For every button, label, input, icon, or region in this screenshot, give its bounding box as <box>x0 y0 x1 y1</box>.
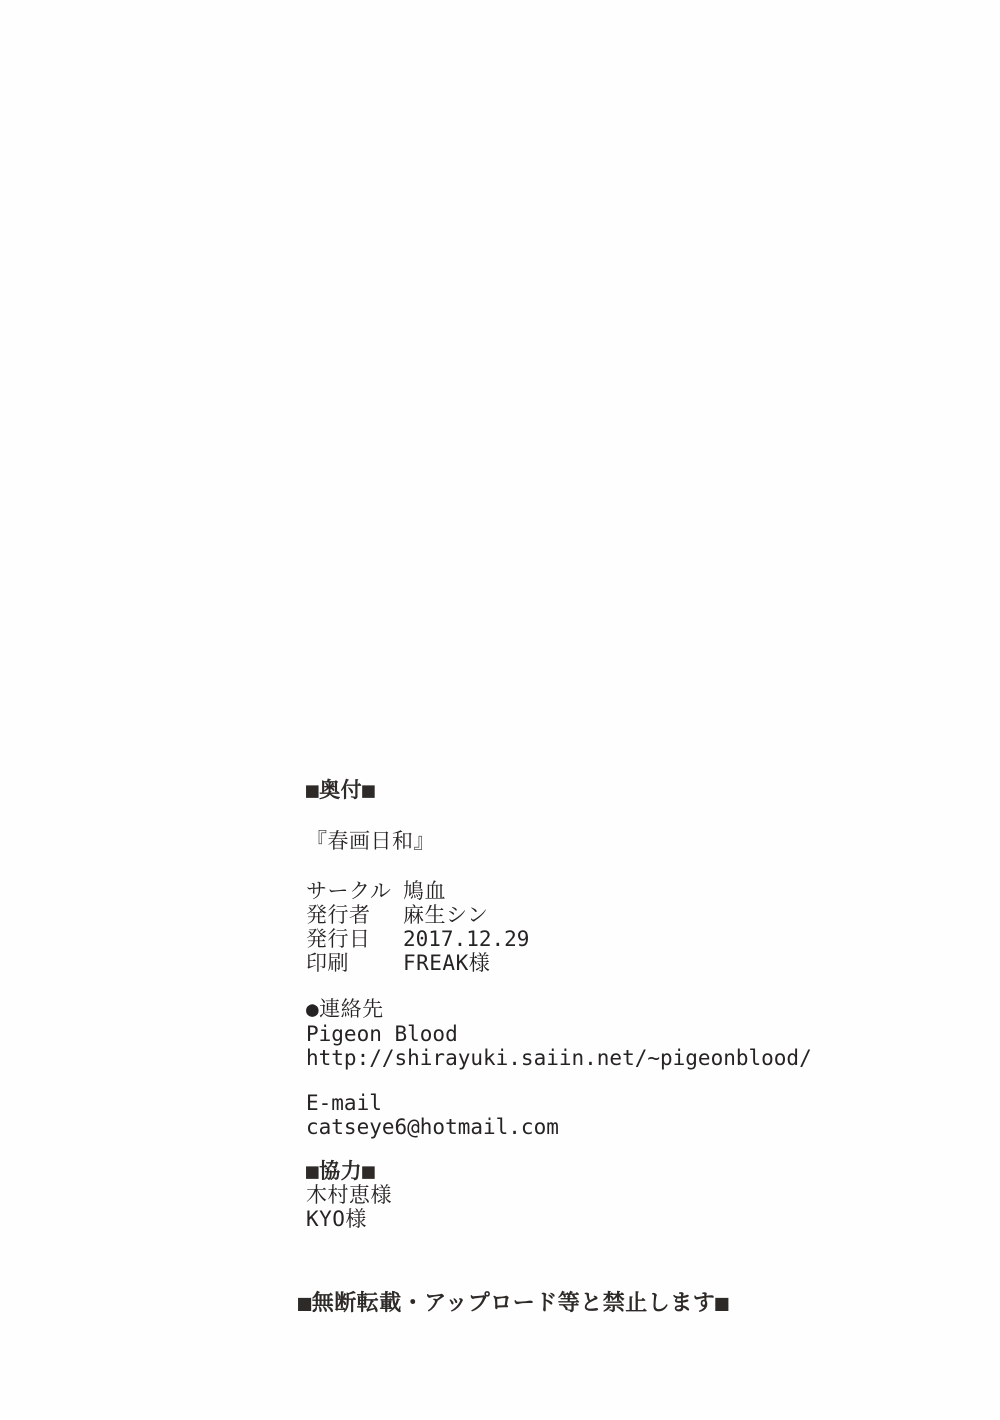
info-row-circle: サークル 鳩血 <box>306 879 812 903</box>
info-value: 鳩血 <box>403 879 446 903</box>
credit-name: KYO様 <box>306 1207 812 1231</box>
info-value: FREAK様 <box>403 951 490 975</box>
colophon-block: ■奥付■ 『春画日和』 サークル 鳩血 発行者 麻生シン 発行日 2017.12… <box>306 778 812 1231</box>
email-section: E-mail catseye6@hotmail.com <box>306 1091 812 1139</box>
email-label: E-mail <box>306 1091 812 1115</box>
contact-section: ●連絡先 Pigeon Blood http://shirayuki.saiin… <box>306 997 812 1070</box>
scanned-colophon-page: ■奥付■ 『春画日和』 サークル 鳩血 発行者 麻生シン 発行日 2017.12… <box>0 0 1000 1420</box>
info-label: 発行日 <box>306 927 403 951</box>
publication-info: サークル 鳩血 発行者 麻生シン 発行日 2017.12.29 印刷 FREAK… <box>306 879 812 975</box>
credits-section: ■協力■ 木村恵様 KYO様 <box>306 1159 812 1231</box>
info-row-printer: 印刷 FREAK様 <box>306 951 812 975</box>
website-url: http://shirayuki.saiin.net/~pigeonblood/ <box>306 1046 812 1070</box>
info-row-publisher: 発行者 麻生シン <box>306 903 812 927</box>
contact-heading: ●連絡先 <box>306 997 812 1021</box>
info-value: 麻生シン <box>403 903 488 927</box>
book-title: 『春画日和』 <box>306 829 812 853</box>
credits-heading: ■協力■ <box>306 1159 812 1183</box>
info-value: 2017.12.29 <box>403 927 529 951</box>
credit-name: 木村恵様 <box>306 1183 812 1207</box>
okuzuke-section-marker: ■奥付■ <box>306 778 812 802</box>
email-address: catseye6@hotmail.com <box>306 1115 812 1139</box>
circle-name: Pigeon Blood <box>306 1022 812 1046</box>
info-label: 印刷 <box>306 951 403 975</box>
info-label: サークル <box>306 879 403 903</box>
info-row-publish-date: 発行日 2017.12.29 <box>306 927 812 951</box>
info-label: 発行者 <box>306 903 403 927</box>
reprint-prohibition-notice: ■無断転載・アップロード等と禁止します■ <box>298 1286 729 1317</box>
